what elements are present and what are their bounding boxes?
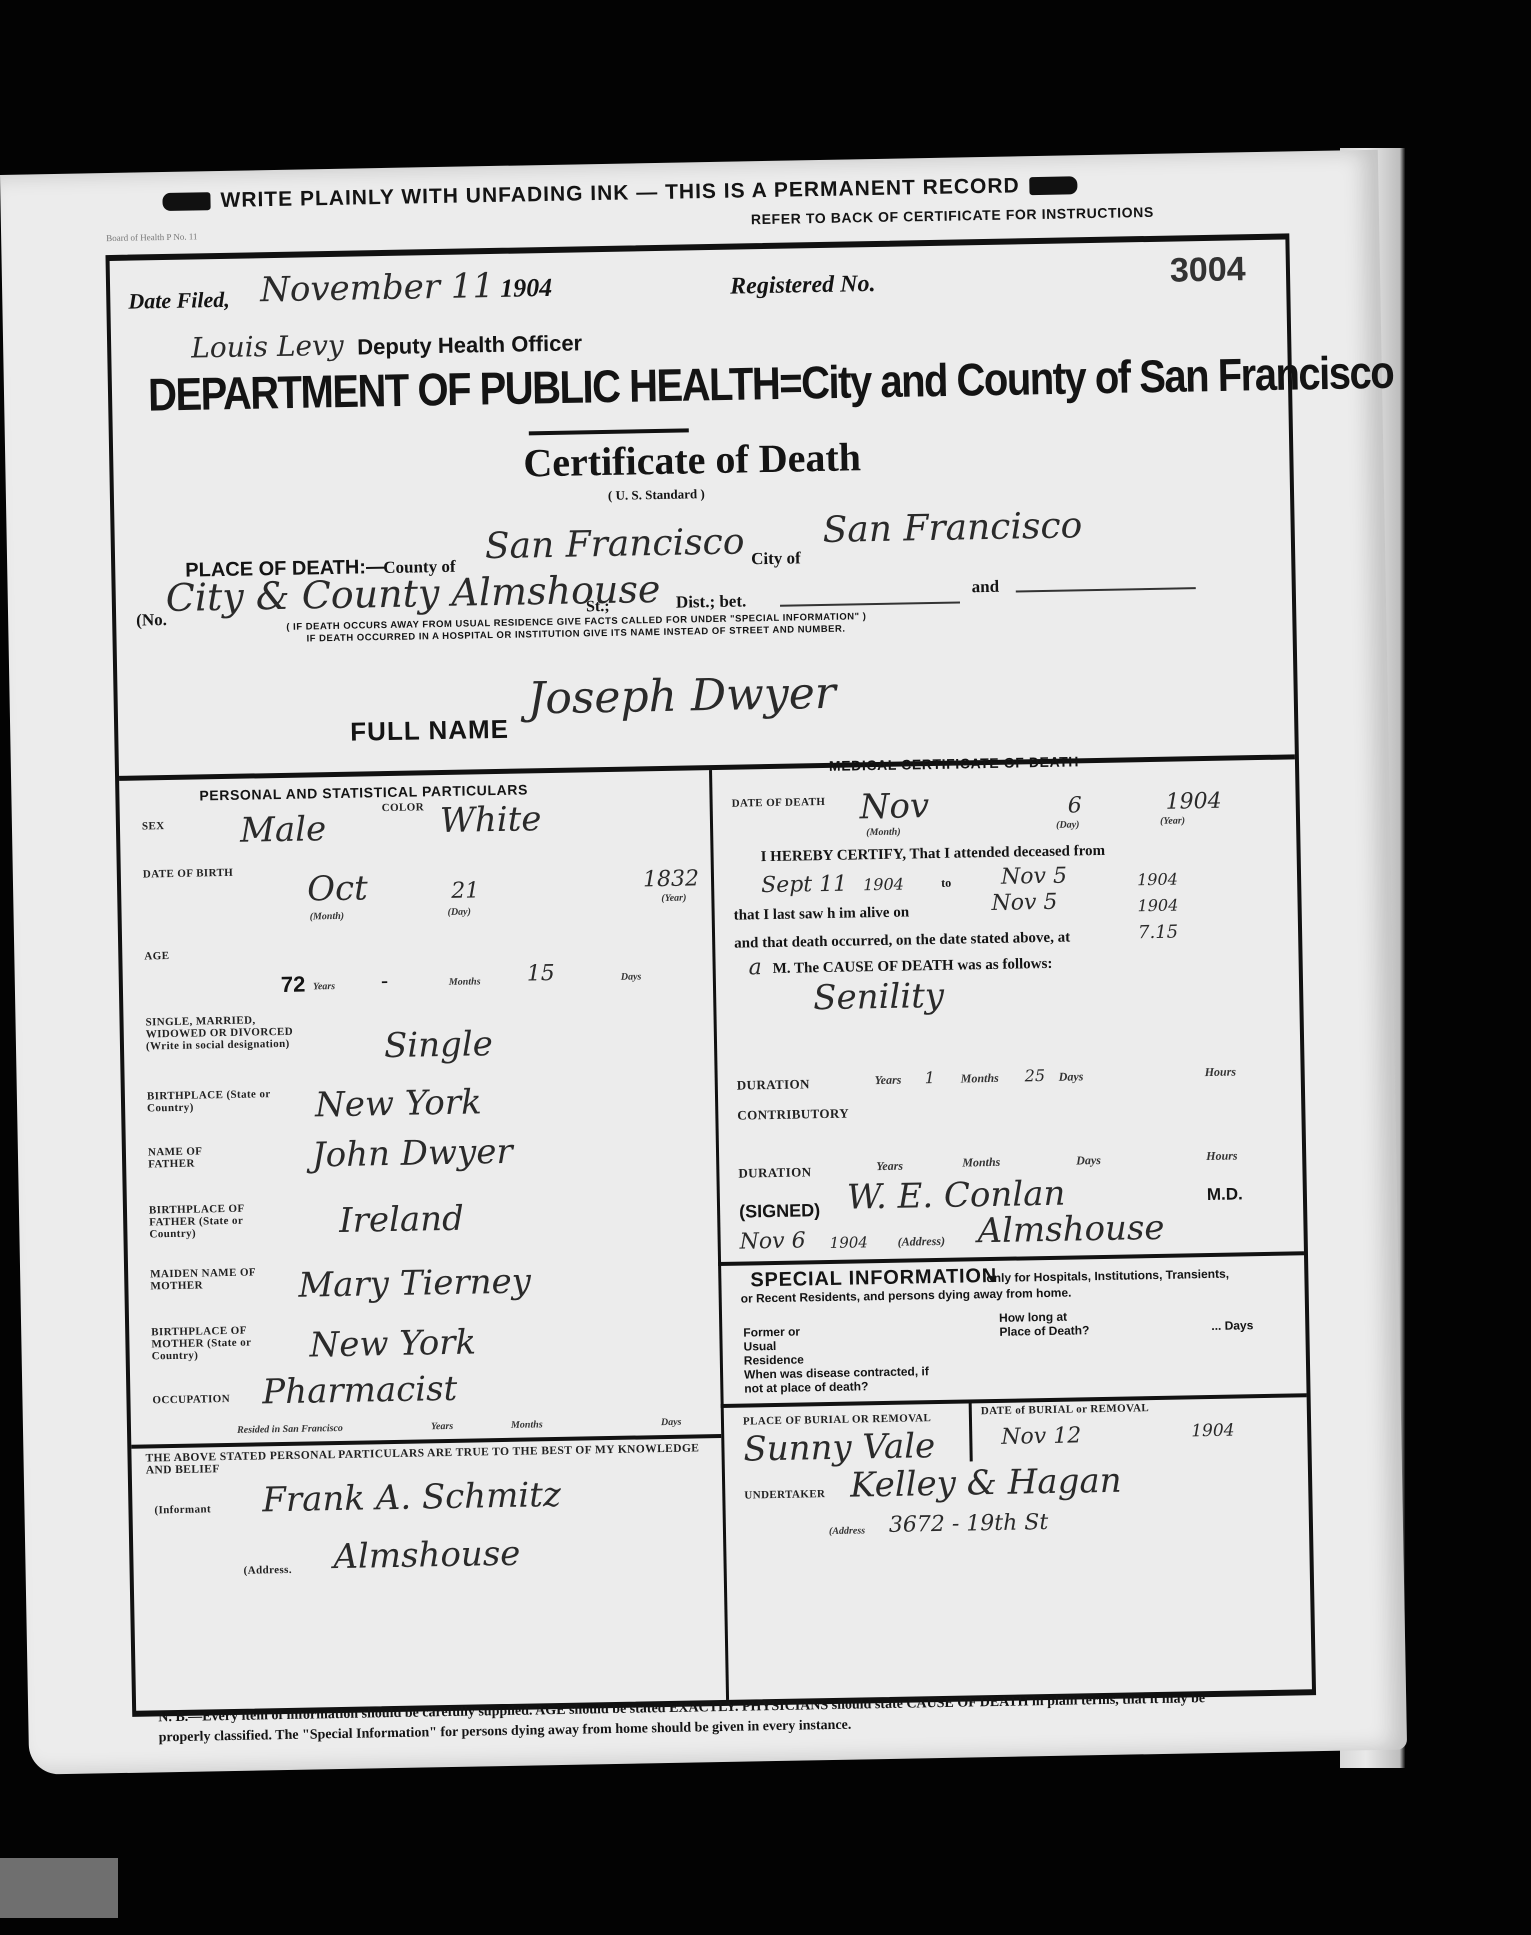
resided-months: Months xyxy=(511,1419,543,1431)
days-label: ... Days xyxy=(1211,1318,1253,1333)
meridiem-value: a xyxy=(748,955,762,980)
duration2-days: Days xyxy=(1076,1153,1101,1168)
burial-date-value: Nov 12 xyxy=(1001,1423,1081,1449)
date-filed-value: November 11 xyxy=(260,266,495,310)
duration2-months: Months xyxy=(962,1155,1000,1171)
city-value: San Francisco xyxy=(822,505,1082,551)
ink-warning-text: WRITE PLAINLY WITH UNFADING INK — THIS I… xyxy=(220,174,1020,212)
physician-address-value: Almshouse xyxy=(977,1208,1165,1251)
last-saw-date: Nov 5 xyxy=(991,890,1057,916)
dob-year: 1832 xyxy=(643,866,699,892)
father-name-label: NAME OF FATHER xyxy=(148,1145,228,1170)
date-filed-label: Date Filed, xyxy=(128,287,230,315)
special-divider xyxy=(718,1251,1304,1266)
mother-birthplace-value: New York xyxy=(309,1322,476,1365)
father-birthplace-label: BIRTHPLACE OF FATHER (State or Country) xyxy=(149,1202,290,1241)
informant-value: Frank A. Schmitz xyxy=(262,1475,561,1520)
registered-number: 3004 xyxy=(1170,250,1246,290)
duration-days: Days xyxy=(1059,1069,1084,1084)
date-filed-year: 1904 xyxy=(500,273,553,304)
dob-month: Oct xyxy=(307,868,368,909)
dob-day-sub: (Day) xyxy=(447,906,471,917)
duration2-label: DURATION xyxy=(738,1166,811,1179)
column-divider xyxy=(709,770,729,1700)
marital-value: Single xyxy=(384,1024,494,1066)
age-years: 72 xyxy=(281,972,306,998)
contributory-label: CONTRIBUTORY xyxy=(737,1108,849,1122)
birthplace-value: New York xyxy=(315,1082,482,1125)
and-label: and xyxy=(972,577,1000,597)
dob-year-sub: (Year) xyxy=(661,893,686,904)
occupation-label: OCCUPATION xyxy=(152,1393,230,1406)
age-months: - xyxy=(381,968,389,994)
dod-month: Nov xyxy=(859,786,929,827)
informant-address-label: (Address. xyxy=(244,1564,293,1577)
certificate-paper: WRITE PLAINLY WITH UNFADING INK — THIS I… xyxy=(0,150,1407,1775)
age-months-sub: Months xyxy=(449,976,481,988)
section-divider xyxy=(119,754,1295,781)
mother-name-label: MAIDEN NAME OF MOTHER xyxy=(150,1266,280,1292)
dod-month-sub: (Month) xyxy=(866,827,901,839)
pointing-hand-icon xyxy=(162,193,210,212)
printer-mark: Board of Health P No. 11 xyxy=(106,231,197,243)
officer-title: Deputy Health Officer xyxy=(357,330,582,360)
undertaker-address-label: (Address xyxy=(829,1525,865,1537)
city-label: City of xyxy=(751,548,801,569)
dod-label: DATE OF DEATH xyxy=(732,796,826,810)
cause-text: M. The CAUSE OF DEATH was as follows: xyxy=(773,956,1053,978)
physician-address-label: (Address) xyxy=(898,1234,946,1250)
registered-label: Registered No. xyxy=(730,271,876,301)
certificate-title: Certificate of Death xyxy=(523,433,861,486)
resided-years: Years xyxy=(431,1421,453,1432)
mother-name-value: Mary Tierney xyxy=(298,1261,531,1305)
cause-value: Senility xyxy=(813,976,945,1018)
burial-date-label: DATE of BURIAL or REMOVAL xyxy=(981,1402,1149,1417)
age-days-sub: Days xyxy=(621,971,642,982)
duration-label: DURATION xyxy=(737,1078,810,1091)
age-days: 15 xyxy=(527,961,555,987)
dod-year: 1904 xyxy=(1165,789,1221,815)
occurred-text: and that death occurred, on the date sta… xyxy=(734,930,1070,953)
age-years-sub: Years xyxy=(313,981,335,992)
undertaker-value: Kelley & Hagan xyxy=(850,1461,1122,1506)
district-line-1 xyxy=(780,601,960,606)
medical-heading: MEDICAL CERTIFICATE OF DEATH xyxy=(829,753,1079,774)
signed-date: Nov 6 xyxy=(739,1228,805,1254)
certificate-standard: ( U. S. Standard ) xyxy=(608,486,705,504)
death-time: 7.15 xyxy=(1138,922,1178,944)
last-saw-text: that I last saw h im alive on xyxy=(734,904,910,924)
attended-from-year: 1904 xyxy=(863,875,904,895)
occupation-value: Pharmacist xyxy=(262,1369,458,1413)
paper-scrap xyxy=(0,1858,118,1918)
duration-days-value: 25 xyxy=(1025,1066,1046,1085)
instructions-reference: REFER TO BACK OF CERTIFICATE FOR INSTRUC… xyxy=(751,204,1154,227)
full-name-label: FULL NAME xyxy=(350,714,509,748)
certify-text: I HEREBY CERTIFY, That I attended deceas… xyxy=(760,843,1105,866)
officer-signature: Louis Levy xyxy=(191,329,344,365)
burial-place-label: PLACE OF BURIAL OR REMOVAL xyxy=(743,1412,931,1427)
sex-label: SEX xyxy=(142,820,165,832)
informant-statement: THE ABOVE STATED PERSONAL PARTICULARS AR… xyxy=(145,1442,705,1476)
county-value: San Francisco xyxy=(485,521,745,567)
sex-value: Male xyxy=(240,809,327,851)
former-residence-label: Former or Usual Residence xyxy=(743,1324,834,1368)
color-label: COLOR xyxy=(382,801,425,814)
duration-months-value: 1 xyxy=(925,1068,936,1087)
duration2-years: Years xyxy=(876,1159,903,1174)
dob-day: 21 xyxy=(451,878,479,904)
title-rule xyxy=(529,428,689,435)
attended-to-label: to xyxy=(941,876,951,891)
md-label: M.D. xyxy=(1207,1184,1243,1205)
father-name-value: John Dwyer xyxy=(312,1132,513,1176)
district-line-2 xyxy=(1016,587,1196,592)
district-label: Dist.; bet. xyxy=(676,591,747,612)
how-long-label: How long at Place of Death? xyxy=(999,1309,1099,1339)
attended-to: Nov 5 xyxy=(1001,864,1067,890)
burial-date-year: 1904 xyxy=(1191,1421,1235,1442)
burial-place-value: Sunny Vale xyxy=(743,1426,935,1470)
father-birthplace-value: Ireland xyxy=(339,1199,464,1241)
pointing-hand-icon xyxy=(1030,177,1078,196)
dod-day-sub: (Day) xyxy=(1056,819,1080,830)
dob-month-sub: (Month) xyxy=(310,911,345,923)
resided-label: Resided in San Francisco xyxy=(237,1423,343,1436)
color-value: White xyxy=(440,799,542,841)
dod-year-sub: (Year) xyxy=(1160,815,1185,826)
duration-hours: Hours xyxy=(1205,1065,1237,1081)
resided-days: Days xyxy=(661,1417,682,1428)
special-heading-sub: only for Hospitals, Institutions, Transi… xyxy=(986,1267,1229,1285)
undertaker-label: UNDERTAKER xyxy=(744,1488,825,1501)
last-saw-year: 1904 xyxy=(1137,896,1178,916)
attended-to-year: 1904 xyxy=(1137,870,1178,890)
street-number-label: (No. xyxy=(136,610,167,631)
duration-years: Years xyxy=(875,1073,902,1088)
marital-label: SINGLE, MARRIED, WIDOWED OR DIVORCED (Wr… xyxy=(145,1013,316,1052)
signed-year: 1904 xyxy=(830,1233,869,1252)
signed-label: (SIGNED) xyxy=(739,1200,820,1222)
mother-birthplace-label: BIRTHPLACE OF MOTHER (State or Country) xyxy=(151,1324,282,1362)
duration-months: Months xyxy=(961,1071,999,1087)
place-instructions: ( IF DEATH OCCURS AWAY FROM USUAL RESIDE… xyxy=(286,611,866,646)
contracted-label: When was disease contracted, if not at p… xyxy=(744,1364,944,1396)
age-label: AGE xyxy=(144,950,169,962)
burial-column-divider xyxy=(969,1401,973,1461)
duration2-hours: Hours xyxy=(1206,1148,1238,1164)
dod-day: 6 xyxy=(1068,793,1082,818)
birthplace-label: BIRTHPLACE (State or Country) xyxy=(147,1088,277,1114)
undertaker-address-value: 3672 - 19th St xyxy=(889,1510,1049,1538)
attended-from: Sept 11 xyxy=(761,872,847,899)
informant-label: (Informant xyxy=(154,1503,211,1516)
full-name-value: Joseph Dwyer xyxy=(527,668,836,725)
informant-address-value: Almshouse xyxy=(333,1534,521,1577)
certificate-frame: Date Filed, November 11 1904 Registered … xyxy=(105,233,1316,1716)
dob-label: DATE OF BIRTH xyxy=(143,867,234,881)
street-label: St.; xyxy=(586,598,610,616)
